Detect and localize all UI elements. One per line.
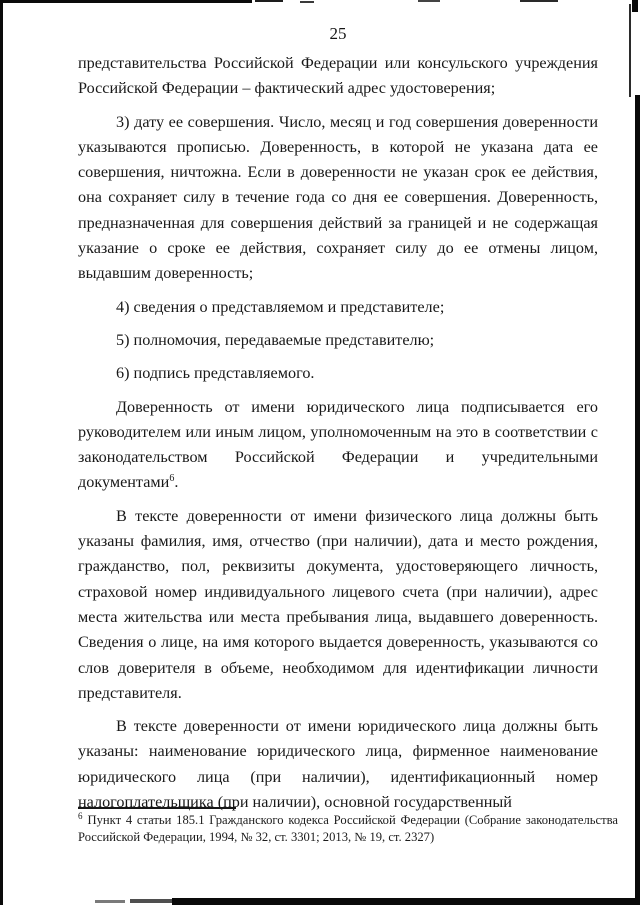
scan-artifact-top-dash [300, 1, 314, 3]
scan-artifact-top-dash [255, 0, 283, 2]
footnote: 6Пункт 4 статьи 185.1 Гражданского кодек… [78, 812, 618, 846]
footnote-separator [78, 807, 236, 809]
footnote-text: Пункт 4 статьи 185.1 Гражданского кодекс… [78, 813, 618, 844]
scan-artifact-left-edge [0, 0, 3, 905]
paragraph-item-5-powers: 5) полномочия, передаваемые представител… [78, 328, 598, 353]
paragraph-item-6-signature: 6) подпись представляемого. [78, 361, 598, 386]
footnote-marker: 6 [78, 811, 83, 821]
scan-artifact-top-dash [418, 0, 440, 2]
paragraph-item-3-date: 3) дату ее совершения. Число, месяц и го… [78, 110, 598, 287]
scan-artifact-top-edge [0, 0, 252, 3]
scan-artifact-right-edge [635, 95, 640, 905]
scan-artifact-bottom-edge [95, 900, 125, 903]
paragraph-legal-entity-signing: Доверенность от имени юридического лица … [78, 395, 598, 496]
document-page: 25 представительства Российской Федераци… [0, 0, 640, 905]
paragraph-legal-entity-details: В тексте доверенности от имени юридическ… [78, 714, 598, 815]
scan-artifact-right-edge [632, 0, 638, 12]
paragraph-individual-details: В тексте доверенности от имени физическо… [78, 504, 598, 706]
scan-artifact-bottom-edge [172, 898, 640, 905]
paragraph-suffix: . [174, 473, 178, 491]
scan-artifact-right-edge [629, 4, 631, 97]
page-number: 25 [78, 24, 598, 44]
paragraph-text: Доверенность от имени юридического лица … [78, 398, 598, 492]
paragraph-item-4-parties: 4) сведения о представляемом и представи… [78, 295, 598, 320]
scan-artifact-top-dash [520, 0, 558, 2]
paragraph-certifier-address: представительства Российской Федерации и… [78, 51, 598, 102]
document-body: представительства Российской Федерации и… [78, 51, 598, 823]
scan-artifact-bottom-edge [130, 899, 174, 903]
